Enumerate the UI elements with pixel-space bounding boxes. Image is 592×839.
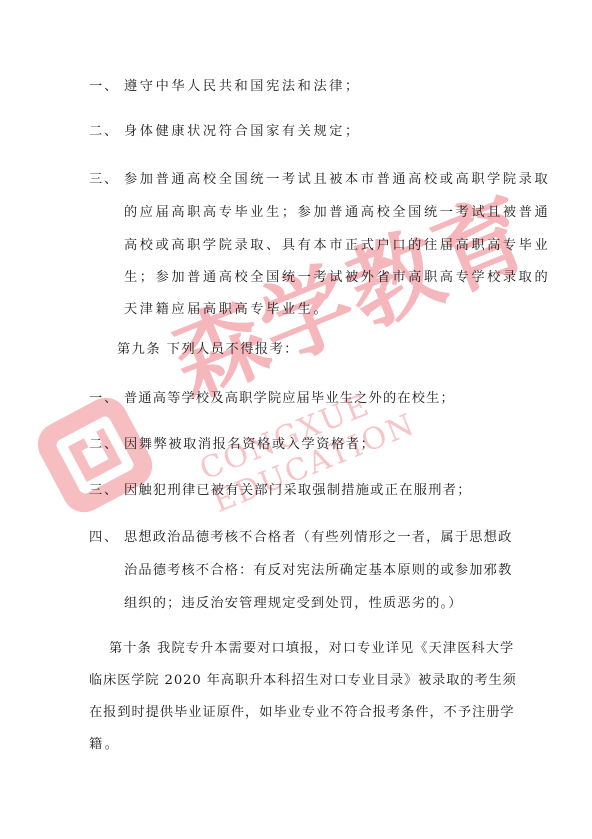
watermark-chinese: 森学教育 [150,159,548,422]
list-item-text: 身体健康状况符合国家有关规定； [124,124,361,140]
paragraph-line: 在报到时提供毕业证原件，如毕业专业不符合报考条件，不予注册学 [89,705,515,721]
list-item-text: 组织的；违反治安管理规定受到处罚，性质恶劣的。） [124,596,463,612]
paragraph-line: 第十条 我院专升本需要对口填报，对口专业详见《天津医科大学 [109,641,514,657]
list-number: 一、 [89,391,119,407]
list-item-text: 生；参加普通高校全国统一考试被外省市高职高专学校录取的 [124,270,550,286]
list-number: 三、 [89,483,119,499]
list-number: 三、 [89,172,119,188]
list-item-text: 参加普通高校全国统一考试且被本市普通高校或高职学院录取 [124,172,550,188]
document-page: 森学教育 CONGXUE EDUCATION 一、 遵守中华人民共和国宪法和法律… [0,0,592,839]
list-item-text: 的应届高职高专毕业生；参加普通高校全国统一考试且被普通 [124,205,550,221]
list-item-text: 普通高等学校及高职学院应届毕业生之外的在校生； [124,391,455,407]
article-heading: 第九条 下列人员不得报考： [117,342,299,358]
paragraph-line: 临床医学院 2020 年高职升本科招生对口专业目录》被录取的考生须 [89,673,517,689]
list-item-text: 因舞弊被取消报名资格或入学资格者； [124,437,375,453]
list-item-text: 遵守中华人民共和国宪法和法律； [124,79,361,95]
list-number: 一、 [89,79,119,95]
list-item-text: 天津籍应届高职高专毕业生。 [124,302,329,318]
list-number: 二、 [89,437,119,453]
list-number: 四、 [89,530,119,546]
paragraph-line: 籍。 [89,737,121,753]
list-item-text: 治品德考核不合格：有反对宪法所确定基本原则的或参加邪教 [124,563,512,579]
list-item-text: 高校或高职学院录取、具有本市正式户口的往届高职高专毕业 [124,238,550,254]
list-item-text: 因触犯刑律已被有关部门采取强制措施或正在服刑者； [124,483,472,499]
list-item-text: 思想政治品德考核不合格者（有些列情形之一者，属于思想政 [124,530,512,546]
list-number: 二、 [89,124,119,140]
